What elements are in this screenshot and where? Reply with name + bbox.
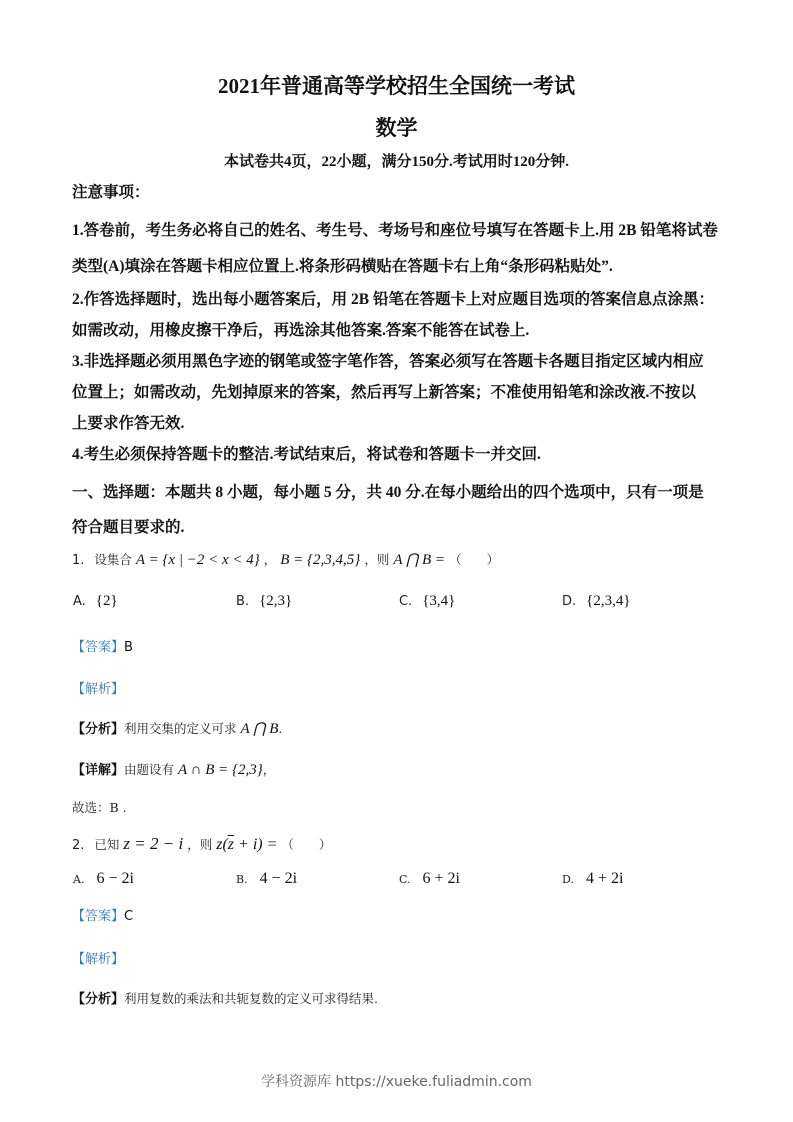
option-label: B. [236, 873, 248, 886]
xiangjie-text: 由题设有 [124, 762, 174, 777]
notice-item-2-line-2: 如需改动，用橡皮擦干净后，再选涂其他答案.答案不能答在试卷上. [72, 318, 529, 340]
notice-item-1-line-1: 1.答卷前，考生务必将自己的姓名、考生号、考场号和座位号填写在答题卡上.用 2B… [72, 218, 718, 240]
option-value: 6 + 2i [423, 870, 460, 887]
question-2-analysis-label: 【解析】 [72, 948, 124, 967]
option-label: D. [562, 594, 576, 609]
question-number: 2. [72, 838, 84, 853]
option-value: 4 + 2i [586, 870, 623, 887]
question-2-answer: 【答案】C [72, 905, 133, 925]
question-1-answer: 【答案】B [72, 636, 133, 656]
question-text: 设集合 [94, 552, 132, 567]
question-text: 已知 [94, 837, 119, 852]
math-part: z( [216, 836, 228, 853]
math-expression: A ⋂ B [241, 721, 279, 737]
option-label: C. [399, 873, 411, 886]
exam-info: 本试卷共4页，22小题，满分150分.考试用时120分钟. [0, 150, 793, 171]
answer-label: 【答案】 [72, 909, 124, 924]
option-b: B. {2,3} [236, 592, 292, 610]
math-expression: z = 2 − i [123, 834, 183, 853]
option-label: A. [73, 594, 86, 609]
option-value: {3,4} [422, 593, 455, 609]
question-1-conclusion: 故选：B . [72, 798, 127, 816]
section-heading-line-1: 一、选择题：本题共 8 小题，每小题 5 分，共 40 分.在每小题给出的四个选… [72, 480, 704, 502]
fenxi-text: 利用复数的乘法和共轭复数的定义可求得结果. [124, 991, 378, 1006]
period: . [278, 721, 282, 736]
question-text: ，则 [187, 837, 212, 852]
question-1-fenxi: 【分析】利用交集的定义可求 A ⋂ B. [72, 718, 282, 738]
answer-label: 【答案】 [72, 640, 124, 655]
answer-value: C [124, 909, 133, 924]
math-expression: A = {x | −2 < x < 4} [136, 552, 260, 568]
option-label: B. [236, 594, 249, 609]
option-a: A. 6 − 2i [73, 870, 134, 888]
notice-item-3-line-1: 3.非选择题必须用黑色字迹的钢笔或签字笔作答，答案必须写在答题卡各题目指定区域内… [72, 349, 704, 371]
option-label: C. [399, 594, 412, 609]
xiangjie-label: 【详解】 [72, 763, 124, 778]
option-c: C. {3,4} [399, 592, 455, 610]
math-expression: z(z + i) = [216, 836, 277, 853]
math-expression: B = {2,3,4,5} [280, 552, 360, 568]
option-b: B. 4 − 2i [236, 870, 297, 888]
section-heading-line-2: 符合题目要求的. [72, 515, 184, 537]
option-value: {2} [96, 593, 118, 609]
option-value: {2,3} [259, 593, 292, 609]
question-2-stem: 2. 已知 z = 2 − i ，则 z(z + i) = （ ） [72, 834, 331, 854]
answer-blank: （ ） [449, 552, 499, 567]
question-1-analysis-label: 【解析】 [72, 678, 124, 697]
option-value: 6 − 2i [96, 870, 133, 887]
notice-heading: 注意事项： [72, 180, 150, 202]
answer-blank: （ ） [281, 837, 331, 852]
question-1-stem: 1. 设集合 A = {x | −2 < x < 4} ， B = {2,3,4… [72, 550, 499, 569]
option-d: D. {2,3,4} [562, 592, 631, 610]
notice-item-4-line-1: 4.考生必须保持答题卡的整洁.考试结束后，将试卷和答题卡一并交回. [72, 442, 541, 464]
footer-watermark: 学科资源库 https://xueke.fuliadmin.com [0, 1071, 793, 1091]
option-value: {2,3,4} [586, 593, 630, 609]
option-label: D. [562, 873, 574, 886]
option-c: C. 6 + 2i [399, 870, 460, 888]
fenxi-text: 利用交集的定义可求 [124, 721, 237, 736]
option-label: A. [73, 873, 84, 886]
option-d: D. 4 + 2i [562, 870, 623, 888]
comma: ， [263, 762, 276, 777]
answer-value: B [124, 640, 133, 655]
notice-item-3-line-3: 上要求作答无效. [72, 411, 184, 433]
exam-title: 2021年普通高等学校招生全国统一考试 [0, 70, 793, 100]
separator: ， [264, 552, 277, 567]
notice-item-2-line-1: 2.作答选择题时，选出每小题答案后，用 2B 铅笔在答题卡上对应题目选项的答案信… [72, 287, 714, 309]
fenxi-label: 【分析】 [72, 722, 124, 737]
math-expression: A ∩ B = {2,3} [178, 762, 263, 778]
option-a: A. {2} [73, 592, 118, 610]
question-1-xiangjie: 【详解】由题设有 A ∩ B = {2,3}， [72, 759, 275, 779]
question-text: ，则 [364, 552, 389, 567]
fenxi-label: 【分析】 [72, 992, 124, 1007]
math-part: + i) = [234, 836, 277, 853]
question-2-fenxi: 【分析】利用复数的乘法和共轭复数的定义可求得结果. [72, 988, 378, 1008]
question-number: 1. [72, 553, 84, 568]
subject-title: 数学 [0, 112, 793, 142]
math-expression: A ⋂ B = [393, 552, 445, 568]
notice-item-3-line-2: 位置上；如需改动，先划掉原来的答案，然后再写上新答案；不准使用铅笔和涂改液.不按… [72, 380, 696, 402]
notice-item-1-line-2: 类型(A)填涂在答题卡相应位置上.将条形码横贴在答题卡右上角“条形码粘贴处”. [72, 254, 613, 276]
option-value: 4 − 2i [260, 870, 297, 887]
